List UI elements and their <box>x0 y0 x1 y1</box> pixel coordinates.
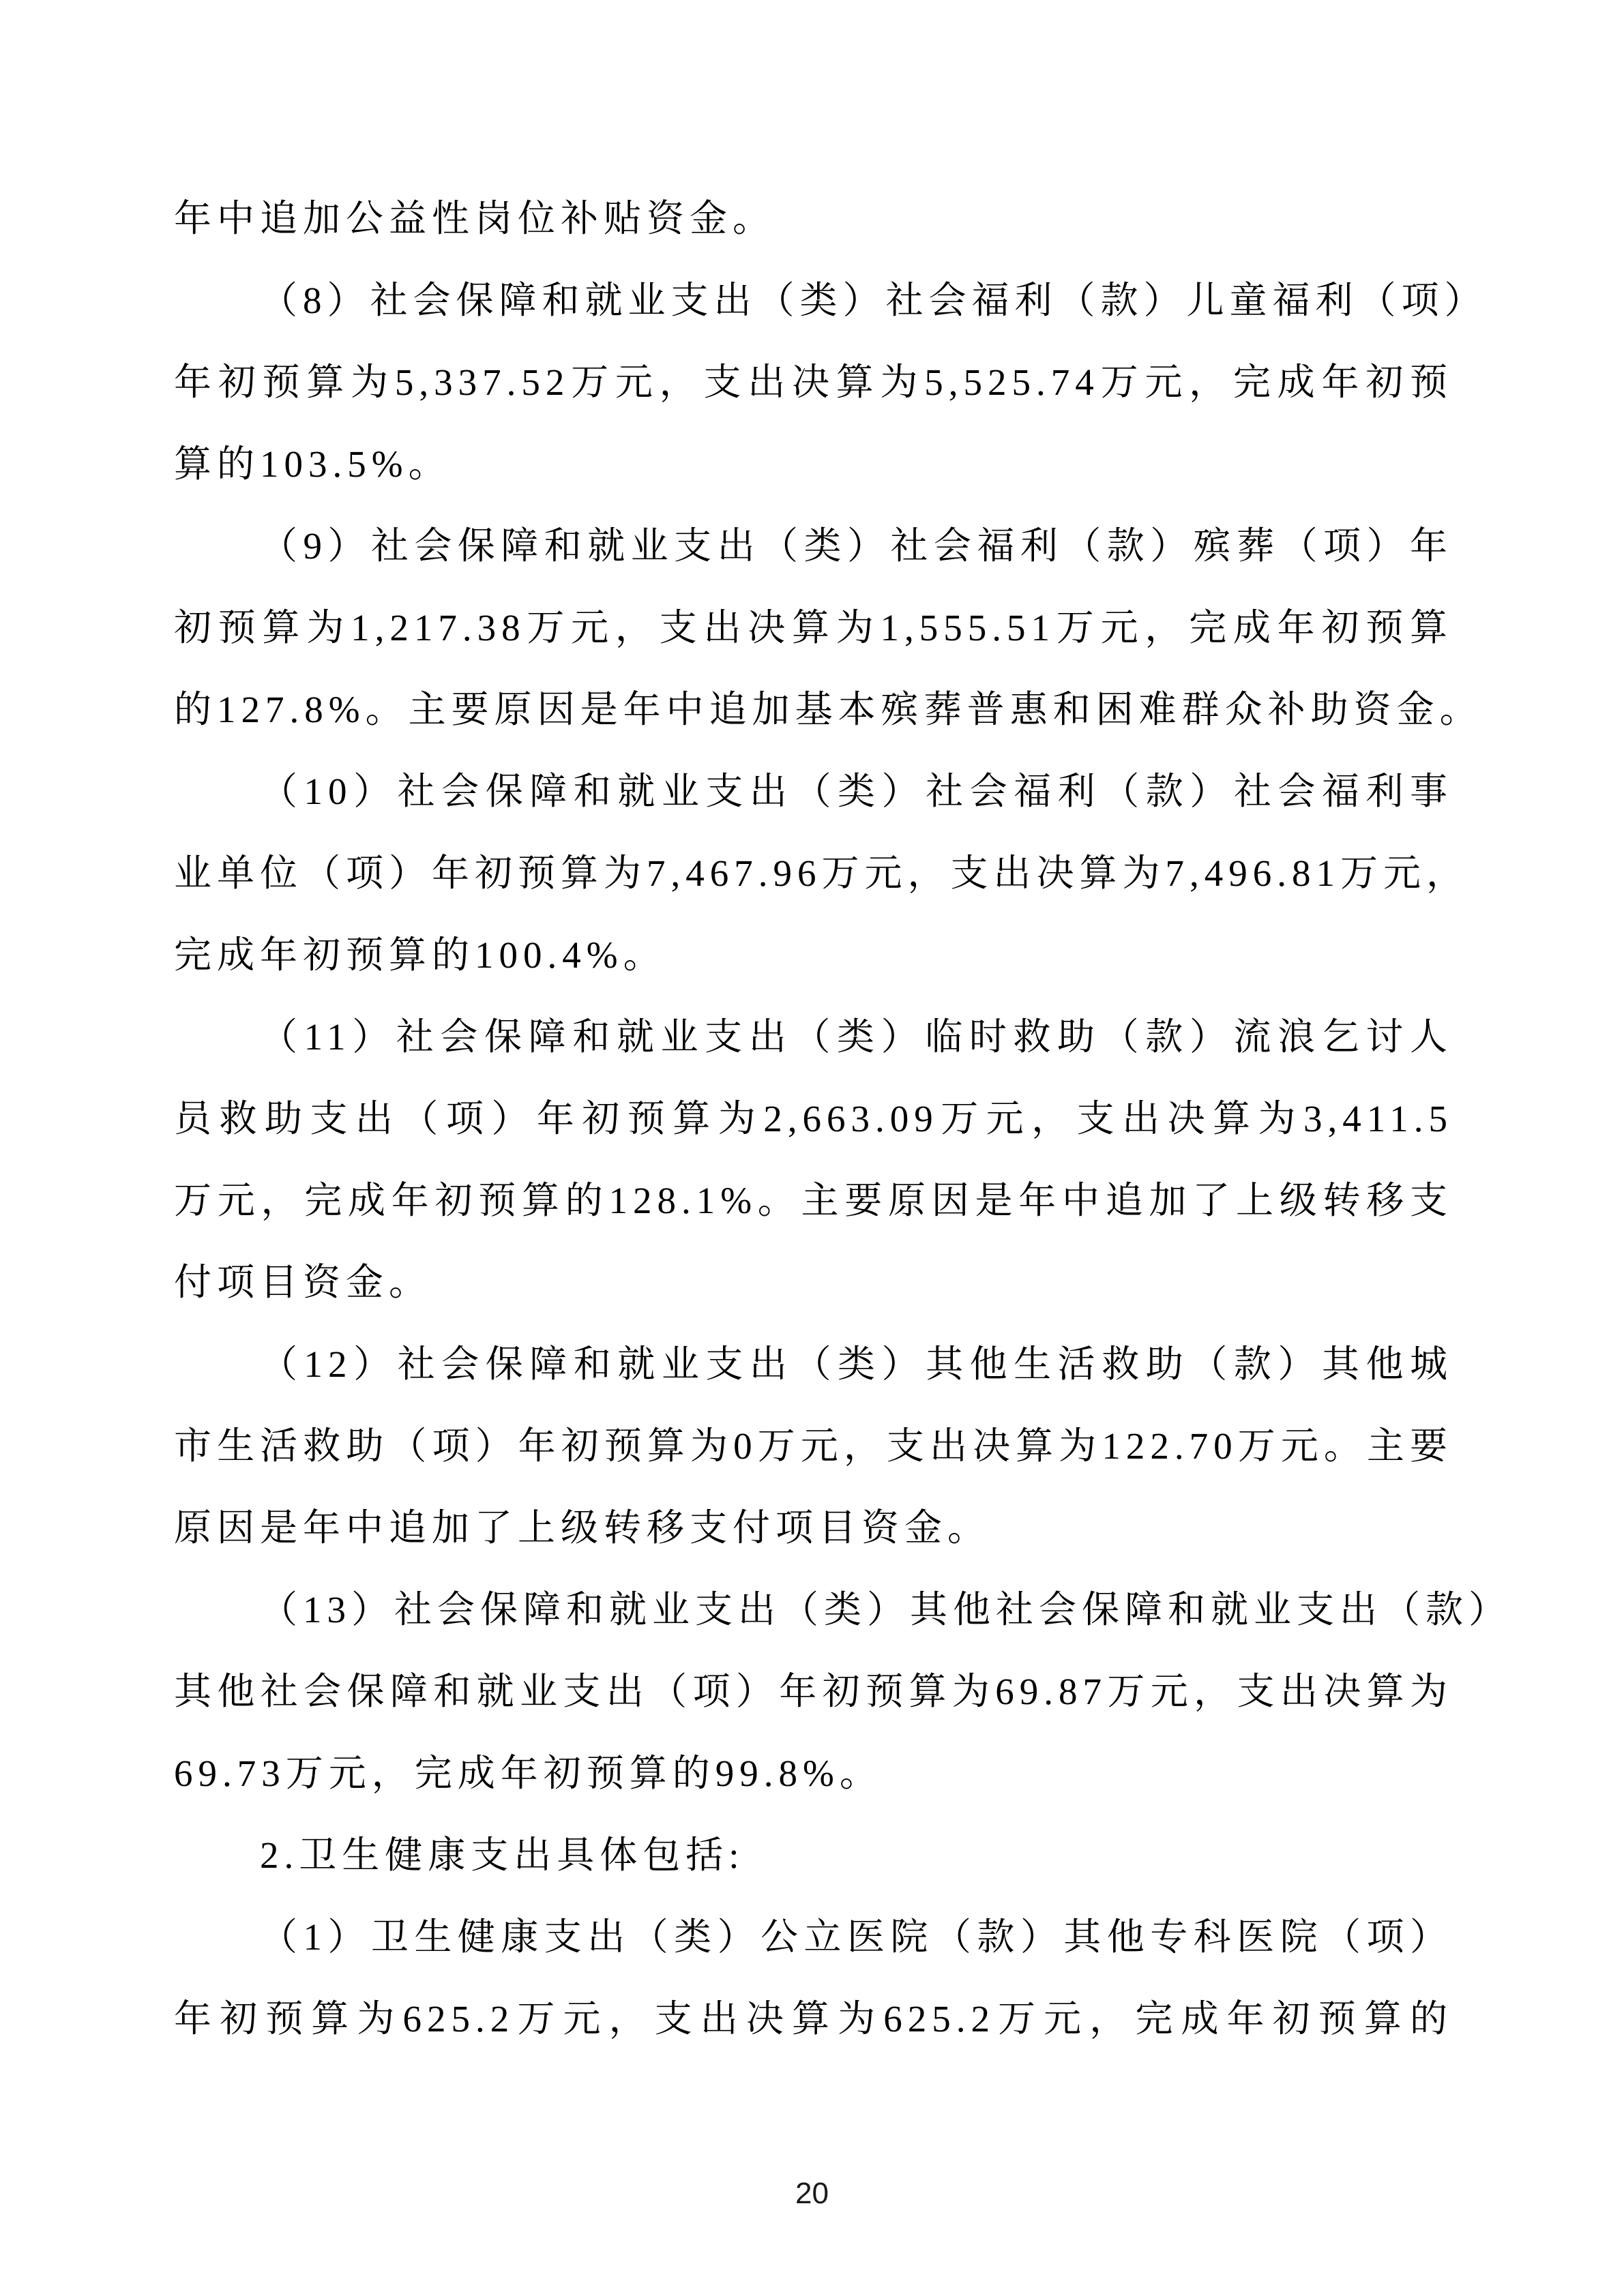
paragraph: （11）社会保障和就业支出（类）临时救助（款）流浪乞讨人员救助支出（项）年初预算… <box>174 996 1453 1324</box>
text-line: 初预算为1,217.38万元，支出决算为1,555.51万元，完成年初预算 <box>174 587 1453 669</box>
page-number: 20 <box>795 2177 829 2210</box>
document-page: 年中追加公益性岗位补贴资金。（8）社会保障和就业支出（类）社会福利（款）儿童福利… <box>0 0 1624 2296</box>
paragraph: 年中追加公益性岗位补贴资金。 <box>174 178 1453 260</box>
text-line: 2.卫生健康支出具体包括: <box>174 1815 1453 1896</box>
document-body: 年中追加公益性岗位补贴资金。（8）社会保障和就业支出（类）社会福利（款）儿童福利… <box>174 178 1453 2060</box>
paragraph: 2.卫生健康支出具体包括: <box>174 1815 1453 1896</box>
text-line: 万元，完成年初预算的128.1%。主要原因是年中追加了上级转移支 <box>174 1160 1453 1242</box>
text-line: （9）社会保障和就业支出（类）社会福利（款）殡葬（项）年 <box>174 505 1453 587</box>
text-line: 69.73万元，完成年初预算的99.8%。 <box>174 1733 1453 1815</box>
text-line: 的127.8%。主要原因是年中追加基本殡葬普惠和困难群众补助资金。 <box>174 669 1453 751</box>
text-line: 完成年初预算的100.4%。 <box>174 914 1453 996</box>
paragraph: （12）社会保障和就业支出（类）其他生活救助（款）其他城市生活救助（项）年初预算… <box>174 1324 1453 1569</box>
text-line: 原因是年中追加了上级转移支付项目资金。 <box>174 1487 1453 1569</box>
text-line: 业单位（项）年初预算为7,467.96万元，支出决算为7,496.81万元， <box>174 833 1453 914</box>
page-footer: 20 <box>0 2177 1624 2210</box>
text-line: （1）卫生健康支出（类）公立医院（款）其他专科医院（项） <box>174 1896 1453 1978</box>
paragraph: （1）卫生健康支出（类）公立医院（款）其他专科医院（项）年初预算为625.2万元… <box>174 1896 1453 2060</box>
text-line: 市生活救助（项）年初预算为0万元，支出决算为122.70万元。主要 <box>174 1405 1453 1487</box>
text-line: 算的103.5%。 <box>174 423 1453 505</box>
text-line: 年中追加公益性岗位补贴资金。 <box>174 178 1453 260</box>
text-line: 付项目资金。 <box>174 1242 1453 1324</box>
paragraph: （13）社会保障和就业支出（类）其他社会保障和就业支出（款）其他社会保障和就业支… <box>174 1569 1453 1815</box>
paragraph: （10）社会保障和就业支出（类）社会福利（款）社会福利事业单位（项）年初预算为7… <box>174 751 1453 996</box>
text-line: （11）社会保障和就业支出（类）临时救助（款）流浪乞讨人 <box>174 996 1453 1078</box>
text-line: 其他社会保障和就业支出（项）年初预算为69.87万元，支出决算为 <box>174 1651 1453 1733</box>
text-line: （13）社会保障和就业支出（类）其他社会保障和就业支出（款） <box>174 1569 1453 1651</box>
text-line: （10）社会保障和就业支出（类）社会福利（款）社会福利事 <box>174 751 1453 833</box>
text-line: （8）社会保障和就业支出（类）社会福利（款）儿童福利（项） <box>174 260 1453 342</box>
paragraph: （9）社会保障和就业支出（类）社会福利（款）殡葬（项）年初预算为1,217.38… <box>174 505 1453 751</box>
text-line: 年初预算为5,337.52万元，支出决算为5,525.74万元，完成年初预 <box>174 342 1453 423</box>
text-line: 年初预算为625.2万元，支出决算为625.2万元，完成年初预算的 <box>174 1978 1453 2060</box>
text-line: （12）社会保障和就业支出（类）其他生活救助（款）其他城 <box>174 1324 1453 1405</box>
paragraph: （8）社会保障和就业支出（类）社会福利（款）儿童福利（项）年初预算为5,337.… <box>174 260 1453 505</box>
text-line: 员救助支出（项）年初预算为2,663.09万元，支出决算为3,411.5 <box>174 1078 1453 1160</box>
